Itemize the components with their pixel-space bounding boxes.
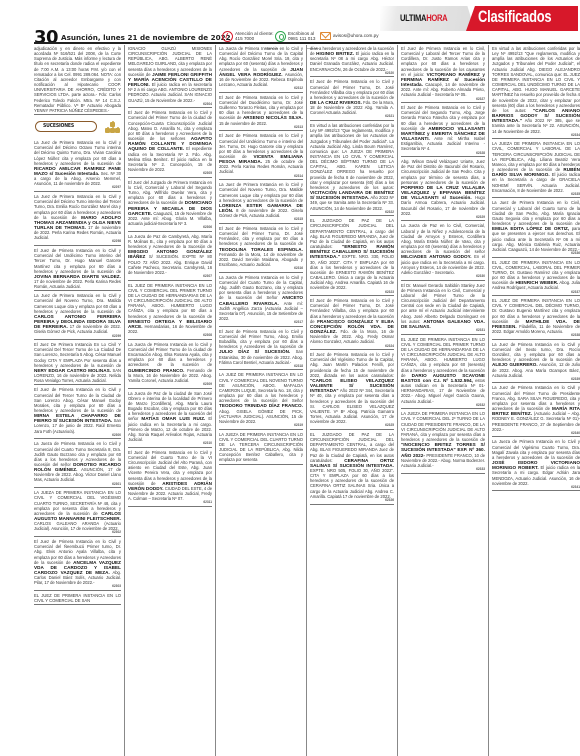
legal-notice: El Juez de Primera Instancia en lo Civil… <box>310 78 394 121</box>
legal-notice: IGNACIO GUAZÚ MISIONES CIRCUNSCRIPCIÓN J… <box>128 45 212 108</box>
legal-notice: El Juez de Primera Instancia en lo Civil… <box>219 328 303 371</box>
legal-notice: LA JUEZA DE PRIMERA INSTANCIA EN LO CIVI… <box>34 489 121 537</box>
legal-notice: El Juez de Primera Instancia en lo Civil… <box>401 104 485 157</box>
notice-closing: EXPTE. NRO 505, FOLIO 30, AÑO 2022". CIT… <box>310 468 394 499</box>
notice-code: 62323 <box>310 291 394 295</box>
legal-notice: La Jueza de Primera Instancia en lo Civi… <box>492 438 580 491</box>
legal-notice: El Juez de Primera Instancia en lo Civil… <box>34 538 121 591</box>
column-2: IGNACIO GUAZÚ MISIONES CIRCUNSCRIPCIÓN J… <box>125 45 216 756</box>
legal-notice: En virtud a las atribuciones conferidas … <box>492 45 580 139</box>
legal-notice: La Juez de Primera Instancia en lo Civil… <box>219 181 303 224</box>
notice-closing: Fernando de la Mora, 14 de noviembre de … <box>219 252 303 267</box>
notice-decedent-name: MIRNA ESTELA CHAPARRO DE FIERRO S/ SUCES… <box>34 413 121 423</box>
notice-decedent-name: DARIO AUGUSTO SCAVONE BASTOS con C.I. Nº… <box>401 373 485 383</box>
page-date: Asunción, lunes 21 de noviembre de 2022 <box>61 33 231 42</box>
notice-body: La Juez de Primera Instancia en lo Civil… <box>492 342 580 362</box>
notice-code: 62324 <box>310 345 394 349</box>
notice-code: 62330 <box>401 275 485 279</box>
legal-notice: La Juez de Primera Instancia en lo Civil… <box>492 341 580 384</box>
legal-notice: En virtud a las atribuciones conferidas … <box>310 122 394 216</box>
notice-body: EL JUEZ DE PRIMERA INSTANCIA EN LO CIVIL… <box>34 593 121 603</box>
notice-body: La Juez de Primera Instancia en lo Civil… <box>34 293 121 313</box>
notice-code: 62305 <box>128 172 212 176</box>
legal-notice: La Juez de Primera Instancia en lo Civil… <box>492 199 580 257</box>
notice-body: adjudicación y en dinero en efectivo y l… <box>34 46 121 113</box>
legal-notice: EL JUZGADO DE PAZ DE LA CIRCUNSCRIPCIÓN … <box>310 431 394 505</box>
notice-code: 62322 <box>310 211 394 215</box>
email-address[interactable]: avisos@uhora.com.py <box>333 33 379 38</box>
notice-code: 62306 <box>128 226 212 230</box>
notice-body: La Jueza de Primera Instancia en lo Civi… <box>492 439 580 459</box>
notice-code: 62315 <box>219 218 303 222</box>
notice-code: 62335 <box>492 193 580 197</box>
notice-code: 62331 <box>401 329 485 333</box>
legal-notice: La Jueza de Primera Instancia en lo Civi… <box>219 45 303 93</box>
notice-body: LA JUEZA DE PRIMERA INSTANCIA EN LO CIVI… <box>401 411 485 442</box>
customer-service-number: 415 7000 <box>235 36 274 41</box>
legal-notice: El Juez de Primera Instancia en lo Civil… <box>128 109 212 177</box>
legal-notice: El Juez de Primera Instancia en lo Civil… <box>219 132 303 180</box>
notice-code: 62332 <box>401 404 485 408</box>
legal-notice: EL JUEZ DE PRIMERA INSTANCIA EN LO CIVIL… <box>492 297 580 340</box>
legal-notice: La Juez de Primera Instancia en lo Civil… <box>34 139 121 192</box>
legal-notice: El Juez de Primera Instancia en lo Civil… <box>219 94 303 132</box>
legal-notice: El Juez del Juzgado de Primera Instancia… <box>128 179 212 232</box>
notice-code: 62329 <box>401 216 485 220</box>
notice-code: 62298 <box>34 240 121 244</box>
notice-code: 62321 <box>310 115 394 119</box>
legal-notice: La Juez de Primera Instancia en lo Civil… <box>492 384 580 437</box>
notice-code: 62297 <box>34 186 121 190</box>
legal-notice: EL JUEZ DE PRIMERA INSTANCIA EN LO CIVIL… <box>34 592 121 605</box>
column-3: La Jueza de Primera Instancia en lo Civi… <box>216 45 307 756</box>
notice-body: En virtud a las atribuciones conferidas … <box>492 46 580 113</box>
notice-code: 62318 <box>219 365 303 369</box>
classifieds-columns: adjudicación y en dinero en efectivo y l… <box>34 45 580 756</box>
notice-code: 62303 <box>34 585 121 589</box>
notice-body: LA JUEZ DE PRIMERA INSTANCIA EN LO CIVIL… <box>219 372 303 403</box>
column-5: El Juez de Primera Instancia en lo Civil… <box>398 45 489 756</box>
legal-notice: La Jueza de Paz de la ciudad de San José… <box>128 390 212 448</box>
notice-code: 62325 <box>310 424 394 428</box>
notice-body: La Juez de Primera Instancia en lo Civil… <box>492 200 580 226</box>
legal-notice: LA JUEZA DE PRIMERA INSTANCIA EN LO CIVI… <box>219 431 303 465</box>
legal-notice: LA JUEZ DE PRIMERA INSTANCIA EN LO CIVIL… <box>219 371 303 429</box>
legal-notice: El Juez de Primera Instancia en lo Civil… <box>310 297 394 350</box>
legal-notice: El Juez de Primera Instancia en lo Civil… <box>128 449 212 507</box>
notice-body: El Juez de Primera Instancia en lo Civil… <box>34 248 121 274</box>
legal-notice: La Juez de Primera Instancia en lo Civil… <box>34 292 121 340</box>
column-4: días a herederos y acreedores de la suce… <box>307 45 398 756</box>
legal-notice: La Jueza de Paz en lo Civil, Comercial, … <box>401 222 485 280</box>
notice-body: EL JUEZ DE PRIMERA INSTANCIA EN LO CIVIL… <box>401 337 485 378</box>
brand-banner: ULTIMAHORA Clasificados <box>380 6 580 31</box>
notice-code: 62327 <box>401 98 485 102</box>
notice-code: 62317 <box>219 321 303 325</box>
notice-closing: 15 de noviembre de 2022. <box>219 121 267 126</box>
legal-notice: El Juez de Primera Instancia en lo Civil… <box>34 247 121 291</box>
notice-body: La Jueza de Primera Instancia en lo Civi… <box>128 342 212 368</box>
legal-notice: El Juez de Primera Instancia en lo Civil… <box>219 225 303 273</box>
column-6: En virtud a las atribuciones conferidas … <box>489 45 580 756</box>
legal-notice: La Jueza de Primera Instancia en lo Civi… <box>219 274 303 327</box>
notice-closing: EXPTE. NRO. 330, FOLIO 30, AÑO 2022". CI… <box>310 254 394 290</box>
notice-code: 62308 <box>128 334 212 338</box>
legal-notice: El Juez de Primera Instancia en lo Civil… <box>310 351 394 430</box>
whatsapp-number: 0981 111 013 <box>288 36 315 41</box>
legal-notice: El Juez de Primera Instancia en lo Civil… <box>401 45 485 103</box>
notice-code: 62341 <box>492 486 580 490</box>
notice-code: 62316 <box>219 267 303 271</box>
whatsapp-icon <box>275 31 286 42</box>
notice-code: 62311 <box>128 501 212 505</box>
notice-code: 62299 <box>34 335 121 339</box>
notice-code: 62304 <box>128 103 212 107</box>
notice-code: 62320 <box>310 72 394 76</box>
notice-code: 62314 <box>219 175 303 179</box>
notice-body: La Jueza de Paz de Cambyretá, Abg. María… <box>128 234 212 249</box>
notice-code: 62340 <box>492 432 580 436</box>
notice-code: 62334 <box>492 134 580 138</box>
notice-code: 62333 <box>401 468 485 472</box>
notice-body: LA JUEZA DE PRIMERA INSTANCIA EN LO CIVI… <box>219 432 303 463</box>
notice-body: La Juez de Primera Instancia en lo Civil… <box>34 140 121 166</box>
notice-code: 62309 <box>128 383 212 387</box>
legal-notice: LA JUEZA DE PRIMERA INSTANCIA EN LO CIVI… <box>401 410 485 473</box>
notice-body: Abg. Wilson David Velázquez Uriarte, Jue… <box>401 159 485 185</box>
legal-notice: La Jueza de Primera Instancia en lo Civi… <box>128 341 212 389</box>
notice-body: El Juez de Primera Instancia en lo Civil… <box>310 79 394 99</box>
notice-code: 62307 <box>128 275 212 279</box>
notice-body: EL JUEZ DE PRIMERA INSTANCIA EN LO CIVIL… <box>128 283 212 319</box>
notice-closing: CARLOS GALEANO ARANDA (Actuario Judicial… <box>34 521 121 531</box>
notice-code: 62338 <box>492 334 580 338</box>
notice-closing: Año 2022 Nº 344, Secretaría Nº 40, cita … <box>310 388 394 424</box>
notice-body: El Dr. Manuel Gerardo Saltidón Stanley J… <box>401 283 485 324</box>
notice-body: El Juez De Primera Instancia En Lo Civil… <box>34 342 121 368</box>
notice-code: 62326 <box>310 499 394 503</box>
notice-code: 62312 <box>219 87 303 91</box>
notice-closing: 17 de noviembre de 2022. Perla Karina Re… <box>34 279 121 289</box>
notice-code: 62310 <box>128 442 212 446</box>
legal-notice: La Jueza de Primera Instancia en lo Civi… <box>34 440 121 488</box>
header-divider <box>34 42 580 44</box>
legal-notice: adjudicación y en dinero en efectivo y l… <box>34 45 121 115</box>
section-header-sucesiones: SUCESIONES <box>34 118 121 136</box>
ultimahora-logo: ULTIMAHORA <box>400 13 447 24</box>
notice-code: 62313 <box>219 126 303 130</box>
legal-notice: EL JUEZ DE PRIMERA INSTANCIA EN LO CIVIL… <box>492 259 580 297</box>
notice-code: 62301 <box>34 483 121 487</box>
legal-notice: EL JUEZ DE PRIMERA INSTANCIA EN LO CIVIL… <box>401 336 485 410</box>
notice-code: 62337 <box>492 291 580 295</box>
section-title: Clasificados <box>478 7 551 27</box>
section-label: SUCESIONES <box>43 124 74 129</box>
notice-code: 62336 <box>492 252 580 256</box>
legal-notice: días a herederos y acreedores de la suce… <box>310 45 394 77</box>
legal-notice: El Juez de Primera Instancia en lo Civil… <box>34 386 121 439</box>
legal-notice: La Jueza de Paz de Cambyretá, Abg. María… <box>128 233 212 281</box>
phone-icon <box>222 31 233 42</box>
legal-notice: Abg. Wilson David Velázquez Uriarte, Jue… <box>401 158 485 221</box>
notice-body: El Juez de Primera Instancia en lo Civil… <box>310 352 394 378</box>
legal-notice: El Juez De Primera Instancia En Lo Civil… <box>34 341 121 385</box>
legal-notice: El Dr. Manuel Gerardo Saltidón Stanley J… <box>401 282 485 335</box>
notice-code: 62302 <box>34 531 121 535</box>
notice-body: La Jueza de Paz en lo Civil, Comercial, … <box>401 223 485 254</box>
notice-code: 62300 <box>34 434 121 438</box>
legal-notice: EL JUEZ DE PRIMERA INSTANCIA EN LO CIVIL… <box>128 282 212 340</box>
notice-body: El Juez de Primera Instancia en lo Civil… <box>34 387 121 413</box>
email-icon <box>320 32 331 40</box>
notice-body: El Juez de Primera Instancia en lo Civil… <box>219 226 303 246</box>
notice-code: 62339 <box>492 378 580 382</box>
people-group-icon <box>104 120 122 134</box>
column-1: adjudicación y en dinero en efectivo y l… <box>34 45 125 756</box>
notice-decedent-name: PORFIRIO DE LA CRUZ VILLALBA VELAZQUEZ y… <box>401 185 485 200</box>
notice-body: El Juez de Primera Instancia en lo Civil… <box>219 329 303 349</box>
notice-code: 62319 <box>219 424 303 428</box>
notice-closing: Abog. GISELA GÓMEZ DE PICK, (ACTUARIA JU… <box>219 409 303 424</box>
notice-code: 62328 <box>401 152 485 156</box>
notice-body: La Juez de Primera Instancia en lo Civil… <box>219 182 303 202</box>
notice-body: En virtud a las atribuciones conferidas … <box>310 123 394 190</box>
legal-notice: LA JUEZA DE PRIMERA INSTANCIA EN LO CIVI… <box>492 140 580 198</box>
legal-notice: La Juez de Primera Instancia en lo Civil… <box>34 193 121 246</box>
legal-notice: EL JUZGADO DE PAZ DE LA CIRCUNSCRIPCIÓN … <box>310 217 394 296</box>
